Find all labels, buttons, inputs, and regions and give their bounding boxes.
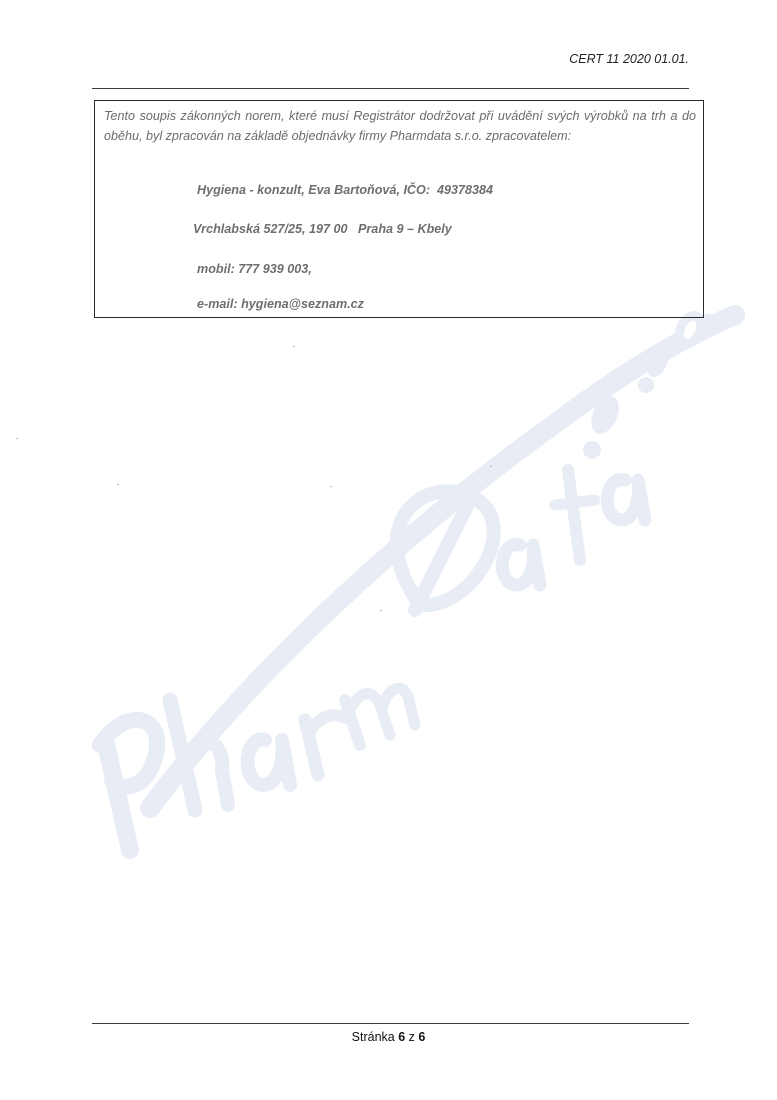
scan-speck <box>490 466 492 467</box>
page-label: Stránka <box>352 1030 395 1044</box>
company-line: Hygiena - konzult, Eva Bartoňová, IČO: 4… <box>197 183 493 197</box>
scan-speck <box>16 438 18 439</box>
intro-paragraph: Tento soupis zákonných norem, které musí… <box>104 107 696 146</box>
scan-speck <box>117 484 119 485</box>
processor-info-box: Tento soupis zákonných norem, které musí… <box>94 100 704 318</box>
current-page-number: 6 <box>398 1030 405 1044</box>
mobile-line: mobil: 777 939 003, <box>197 262 312 276</box>
scan-speck <box>293 346 295 347</box>
page-footer: Stránka 6 z 6 <box>0 1030 777 1044</box>
page-separator: z <box>409 1030 415 1044</box>
header-divider <box>92 88 689 89</box>
address-line: Vrchlabská 527/25, 197 00 Praha 9 – Kbel… <box>193 222 452 236</box>
document-code: CERT 11 2020 01.01. <box>569 52 689 66</box>
scan-speck <box>330 486 332 487</box>
document-page: CERT 11 2020 01.01. Tento soupis zákonný… <box>0 0 777 1100</box>
total-pages-number: 6 <box>418 1030 425 1044</box>
email-line: e-mail: hygiena@seznam.cz <box>197 297 364 311</box>
footer-divider <box>92 1023 689 1024</box>
scan-speck <box>380 610 382 611</box>
